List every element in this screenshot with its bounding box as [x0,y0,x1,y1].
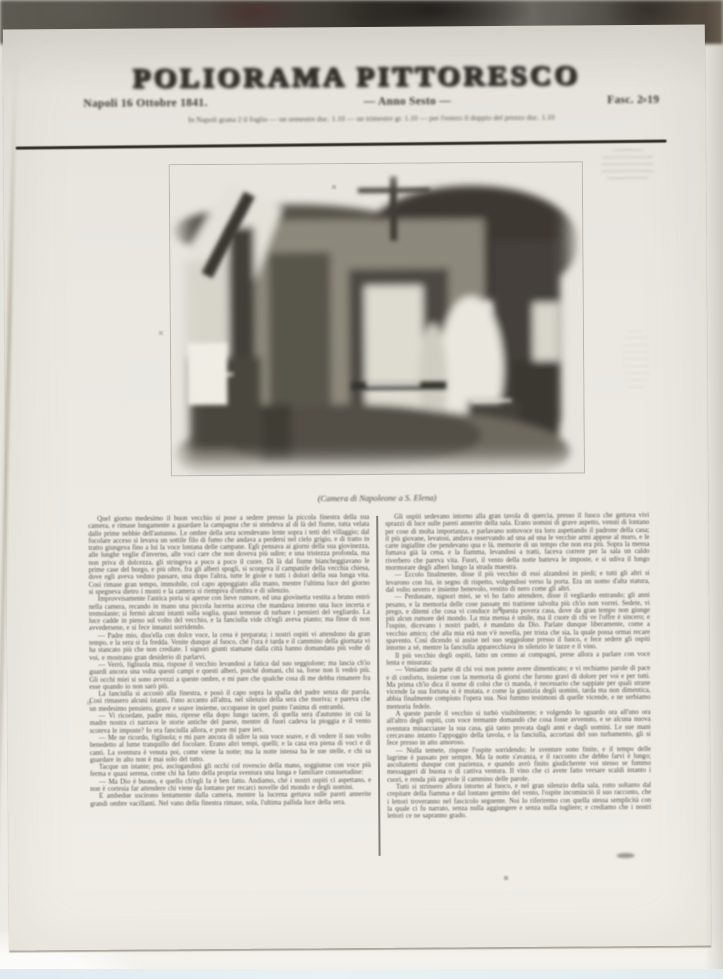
engraving-illustration [170,162,584,475]
paragraph: — Perdonate, signori miei, se vi ho fatt… [386,592,650,652]
page-smudge [623,330,649,390]
paper-specks [0,0,2,2]
paragraph: Gli ospiti sedevano intorno alla gran ta… [385,512,649,572]
paragraph: E ambedue uscirono lentamente dalla came… [90,791,371,808]
column-divider [376,516,380,856]
engraving-caption: (Camera di Napoleone a S. Elena) [171,491,583,504]
paragraph: — Eccolo finalmente, disse il più vecchi… [386,570,650,594]
masthead-title: POLIORAMA PITTORESCO [133,61,581,96]
header-rule [16,140,667,150]
paragraph: La fanciulla si accostò alla finestra, e… [89,689,370,713]
paragraph: — Nulla temete, rispose l'ospite sorride… [387,745,651,783]
page-smudge [602,149,654,181]
masthead: POLIORAMA PITTORESCO [133,61,601,96]
newspaper-page: POLIORAMA PITTORESCO Napoli 16 Ottobre 1… [3,25,711,951]
dateline-year-label: — Anno Sesto — [364,95,452,108]
photo-of-newspaper-page: POLIORAMA PITTORESCO Napoli 16 Ottobre 1… [0,0,723,979]
article-column-left: Quel giorno medesimo il buon vecchio si … [88,514,371,808]
subscription-line: In Napoli grana 2 il foglio — un semestr… [73,112,669,125]
dateline-place-date: Napoli 16 Ottobre 1841. [83,97,207,110]
dateline-issue-number: Fasc. 2-19 [607,94,659,106]
article-columns: Quel giorno medesimo il buon vecchio si … [6,512,710,865]
paragraph: — Me ne ricordo, figliuola; e mi pare an… [90,733,371,764]
paragraph: — Verrò, figliuola mia, rispose il vecch… [89,660,370,691]
paragraph: A queste parole il vecchio si turbò visi… [387,709,651,747]
paragraph: — Vi ricordate, padre mio, riprese ella … [90,711,371,735]
article-column-right: Gli ospiti sedevano intorno alla gran ta… [385,512,651,820]
paragraph: Quel giorno medesimo il buon vecchio si … [88,514,370,596]
paragraph: Tutti si strinsero allora intorno al fuo… [387,782,651,820]
paragraph: Improvvisamente l'antica porta si aperse… [89,594,370,632]
paragraph: — Veniamo da parte di chi voi non potete… [386,665,650,711]
photo-edge-shade [705,0,723,979]
bottom-blue-strip [0,969,723,979]
engraving-frame [169,161,585,476]
paragraph: — Padre mio, diss'ella con dolce voce, l… [89,631,370,662]
